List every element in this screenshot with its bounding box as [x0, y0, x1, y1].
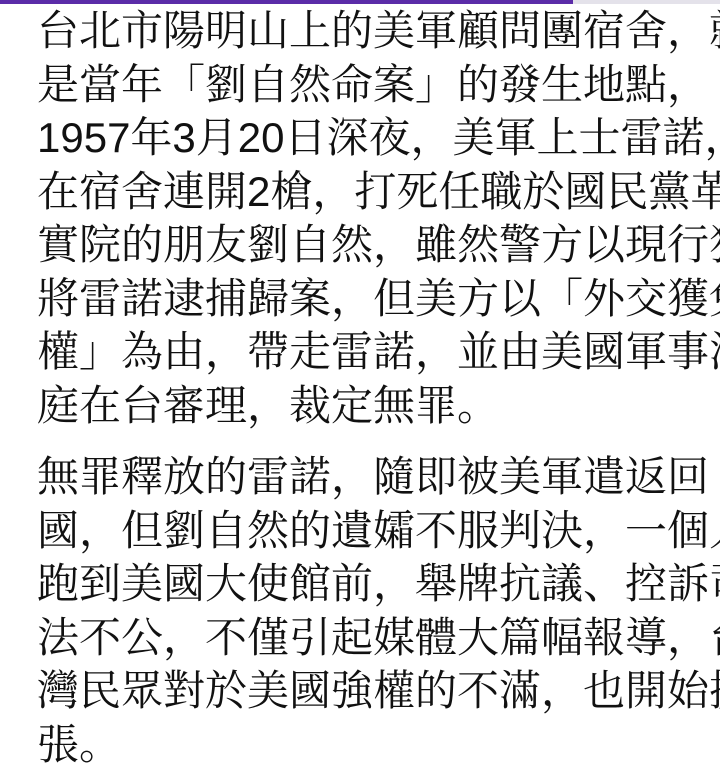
- text-line: 庭在台審理，裁定無罪。: [37, 379, 713, 433]
- text-line: 國，但劉自然的遺孀不服判決，一個人: [37, 504, 713, 558]
- text-line: 跑到美國大使館前，舉牌抗議、控訴司: [37, 557, 713, 611]
- text-line: 是當年「劉自然命案」的發生地點，: [37, 58, 713, 112]
- text-line: 法不公，不僅引起媒體大篇幅報導，台: [37, 611, 713, 665]
- article-body: 台北市陽明山上的美軍顧問團宿舍，就 是當年「劉自然命案」的發生地點， 1957年…: [37, 4, 713, 771]
- text-line: 無罪釋放的雷諾，隨即被美軍遣返回: [37, 450, 713, 504]
- text-line: 在宿舍連開2槍，打死任職於國民黨革: [37, 165, 713, 219]
- paragraph: 台北市陽明山上的美軍顧問團宿舍，就 是當年「劉自然命案」的發生地點， 1957年…: [37, 4, 713, 432]
- text-line: 權」為由，帶走雷諾，並由美國軍事法: [37, 325, 713, 379]
- text-line: 將雷諾逮捕歸案，但美方以「外交獲免: [37, 272, 713, 326]
- text-line: 張。: [37, 718, 713, 772]
- paragraph: 無罪釋放的雷諾，隨即被美軍遣返回 國，但劉自然的遺孀不服判決，一個人 跑到美國大…: [37, 450, 713, 771]
- text-line: 1957年3月20日深夜，美軍上士雷諾，: [37, 111, 713, 165]
- text-line: 台北市陽明山上的美軍顧問團宿舍，就: [37, 4, 713, 58]
- text-line: 實院的朋友劉自然，雖然警方以現行犯: [37, 218, 713, 272]
- text-line: 灣民眾對於美國強權的不滿，也開始擴: [37, 664, 713, 718]
